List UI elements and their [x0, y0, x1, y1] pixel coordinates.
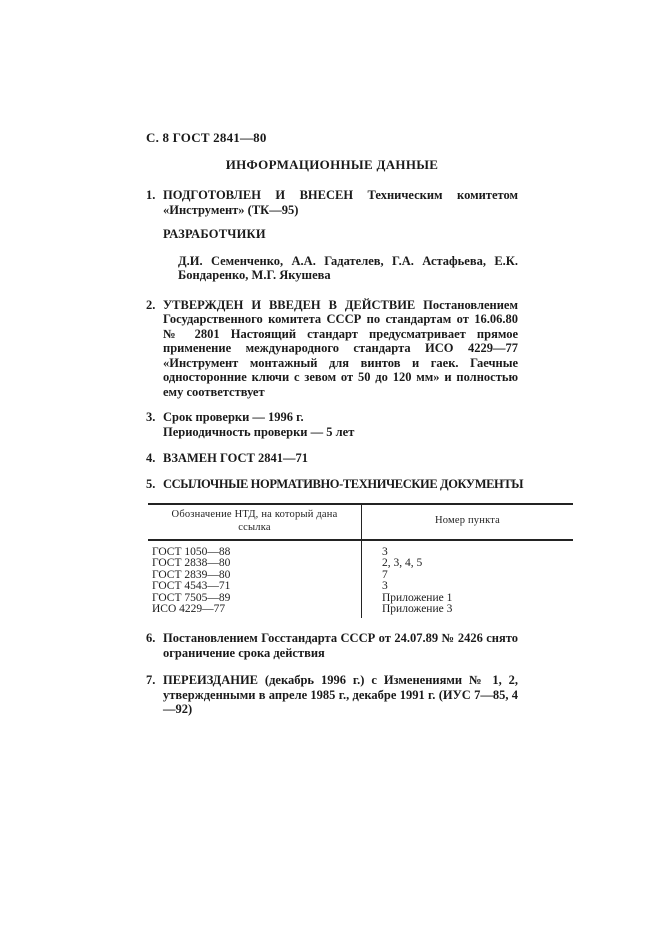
item-number: 1. — [146, 188, 163, 217]
table-header-row: Обозначение НТД, на который дана ссылка … — [148, 504, 573, 540]
developers-names: Д.И. Семенченко, А.А. Гадателев, Г.А. Ас… — [178, 254, 518, 283]
item-text: Срок проверки — 1996 г. Периодичность пр… — [163, 410, 518, 439]
item-text: ПЕРЕИЗДАНИЕ (декабрь 1996 г.) с Изменени… — [163, 673, 518, 717]
table-row: ГОСТ 1050—88 3 — [148, 540, 573, 558]
table-row: ГОСТ 4543—71 3 — [148, 581, 573, 592]
list-item-4: 4. ВЗАМЕН ГОСТ 2841—71 — [146, 451, 518, 466]
document-content: С. 8 ГОСТ 2841—80 ИНФОРМАЦИОННЫЕ ДАННЫЕ … — [146, 131, 518, 717]
item-number: 2. — [146, 298, 163, 400]
item-number: 5. — [146, 477, 163, 492]
item-text-line-2: Периодичность проверки — 5 лет — [163, 425, 518, 440]
punkt-cell: Приложение 3 — [362, 604, 574, 618]
list-item-1: 1. ПОДГОТОВЛЕН И ВНЕСЕН Техническим коми… — [146, 188, 518, 217]
list-item-5: 5. ССЫЛОЧНЫЕ НОРМАТИВНО-ТЕХНИЧЕСКИЕ ДОКУ… — [146, 477, 518, 492]
ntd-cell: ГОСТ 4543—71 — [148, 581, 362, 592]
reference-table-header: Обозначение НТД, на который дана ссылка … — [148, 504, 573, 540]
item-text: Постановлением Госстандарта СССР от 24.0… — [163, 631, 518, 660]
punkt-cell: 3 — [362, 540, 574, 558]
item-text: ПОДГОТОВЛЕН И ВНЕСЕН Техническим комитет… — [163, 188, 518, 217]
item-number: 4. — [146, 451, 163, 466]
ntd-cell: ИСО 4229—77 — [148, 604, 362, 618]
list-item-3: 3. Срок проверки — 1996 г. Периодичность… — [146, 410, 518, 439]
item-text: ССЫЛОЧНЫЕ НОРМАТИВНО-ТЕХНИЧЕСКИЕ ДОКУМЕН… — [163, 477, 523, 492]
page-header: С. 8 ГОСТ 2841—80 — [146, 131, 518, 146]
item-text: ВЗАМЕН ГОСТ 2841—71 — [163, 451, 518, 466]
punkt-cell: 2, 3, 4, 5 — [362, 558, 574, 569]
table-row: ИСО 4229—77 Приложение 3 — [148, 604, 573, 618]
document-title: ИНФОРМАЦИОННЫЕ ДАННЫЕ — [146, 158, 518, 173]
reference-table: Обозначение НТД, на который дана ссылка … — [148, 503, 573, 618]
reference-table-body: ГОСТ 1050—88 3 ГОСТ 2838—80 2, 3, 4, 5 Г… — [148, 540, 573, 618]
item-number: 3. — [146, 410, 163, 439]
table-header-punkt: Номер пункта — [362, 504, 574, 540]
item-text: УТВЕРЖДЕН И ВВЕДЕН В ДЕЙСТВИЕ Постановле… — [163, 298, 518, 400]
punkt-cell: 7 — [362, 570, 574, 581]
punkt-cell: 3 — [362, 581, 574, 592]
list-item-7: 7. ПЕРЕИЗДАНИЕ (декабрь 1996 г.) с Измен… — [146, 673, 518, 717]
item-number: 6. — [146, 631, 163, 660]
item-text-line-1: Срок проверки — 1996 г. — [163, 410, 518, 425]
item-number: 7. — [146, 673, 163, 717]
table-header-ntd: Обозначение НТД, на который дана ссылка — [148, 504, 362, 540]
developers-heading: РАЗРАБОТЧИКИ — [163, 227, 518, 242]
document-page: С. 8 ГОСТ 2841—80 ИНФОРМАЦИОННЫЕ ДАННЫЕ … — [0, 0, 661, 936]
list-item-6: 6. Постановлением Госстандарта СССР от 2… — [146, 631, 518, 660]
list-item-2: 2. УТВЕРЖДЕН И ВВЕДЕН В ДЕЙСТВИЕ Постано… — [146, 298, 518, 400]
ntd-cell: ГОСТ 1050—88 — [148, 540, 362, 558]
